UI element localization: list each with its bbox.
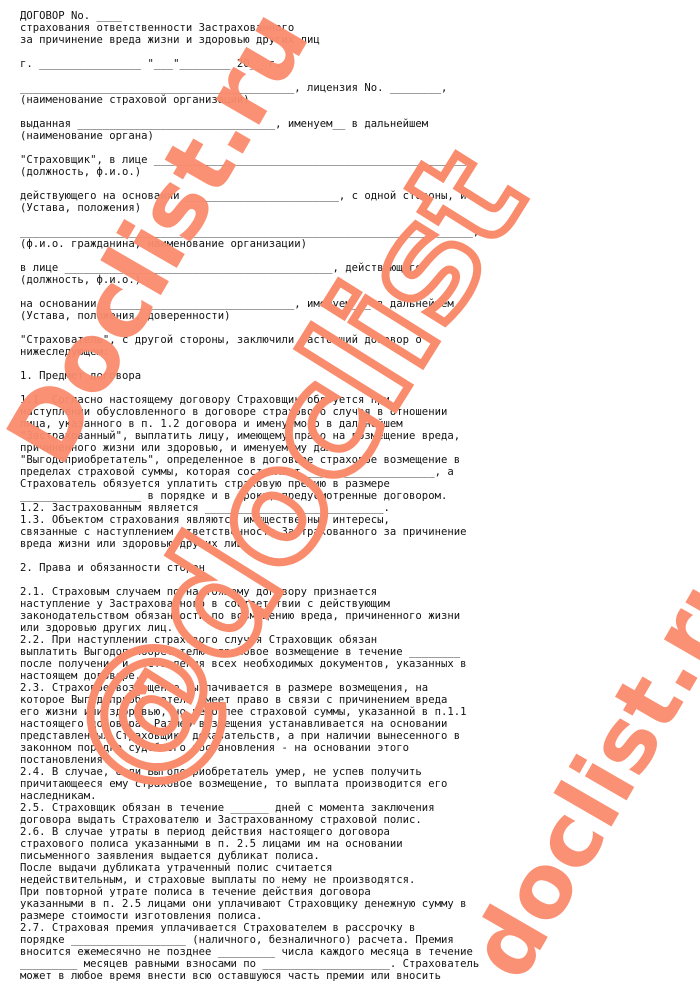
document-line: порядке __________________ (наличного, б… <box>20 934 700 946</box>
contract-document: ДОГОВОР No. ____страхования ответственно… <box>20 10 700 982</box>
document-line: которое Выгодоприобретатель имеет право … <box>20 694 700 706</box>
document-line: 2.7. Страховая премия уплачивается Страх… <box>20 922 700 934</box>
document-line: пределах страховой суммы, которая состав… <box>20 466 700 478</box>
document-line: настоящем договоре. <box>20 670 700 682</box>
document-line: 2.3. Страховое возмещение выплачивается … <box>20 682 700 694</box>
document-line: на основании ___________________________… <box>20 298 700 310</box>
document-line: размере стоимости изготовления полиса. <box>20 910 700 922</box>
document-line: 1. Предмет договора <box>20 370 700 382</box>
document-line: причитающееся ему страховое возмещение, … <box>20 778 700 790</box>
document-line: "Страхователь", с другой стороны, заключ… <box>20 334 700 346</box>
document-line: наступление у Застрахованного в соответс… <box>20 598 700 610</box>
document-line: (должность, ф.и.о.) <box>20 166 700 178</box>
blank-line <box>20 106 700 118</box>
blank-line <box>20 178 700 190</box>
document-line: вреда жизни или здоровью других лиц. <box>20 538 700 550</box>
document-line: (должность, ф.и.о.) <box>20 274 700 286</box>
document-line: 2. Права и обязанности сторон <box>20 562 700 574</box>
blank-line <box>20 46 700 58</box>
document-line: При повторной утрате полиса в течение де… <box>20 886 700 898</box>
document-line: нижеследующем: <box>20 346 700 358</box>
document-line: 1.3. Объектом страхования являются имуще… <box>20 514 700 526</box>
document-line: действующего на основании ______________… <box>20 190 700 202</box>
document-line: недействительным, и страховые выплаты по… <box>20 874 700 886</box>
document-line: ________________________________________… <box>20 82 700 94</box>
document-line: страхового полиса указанными в п. 2.5 ли… <box>20 838 700 850</box>
document-line: 2.1. Страховым случаем по настоящему дог… <box>20 586 700 598</box>
document-line: г. ________________ "___"________ 20__ г… <box>20 58 700 70</box>
document-line: выплатить Выгодоприобретателю страховое … <box>20 646 700 658</box>
document-line: "Страховщик", в лице ___________________… <box>20 154 700 166</box>
document-line: ________________________________________… <box>20 226 700 238</box>
document-line: письменного заявления выдается дубликат … <box>20 850 700 862</box>
document-line: постановления. <box>20 754 700 766</box>
document-line: за причинение вреда жизни и здоровью дру… <box>20 34 700 46</box>
document-line: настоящего договора. Размер возмещения у… <box>20 718 700 730</box>
blank-line <box>20 250 700 262</box>
document-line: (Устава, положения) <box>20 202 700 214</box>
blank-line <box>20 550 700 562</box>
blank-line <box>20 382 700 394</box>
blank-line <box>20 214 700 226</box>
document-line: "Выгодоприобретатель", определенное в до… <box>20 454 700 466</box>
document-line: причиненного жизни или здоровью, и имену… <box>20 442 700 454</box>
document-line: 2.6. В случае утраты в период действия н… <box>20 826 700 838</box>
document-line: После выдачи дубликата утраченный полис … <box>20 862 700 874</box>
document-line: законном порядке судебного постановления… <box>20 742 700 754</box>
document-line: _________ месяцев равными взносами по __… <box>20 958 700 970</box>
blank-line <box>20 358 700 370</box>
blank-line <box>20 574 700 586</box>
document-line: (наименование органа) <box>20 130 700 142</box>
document-line: ___________________ в порядке и в сроки,… <box>20 490 700 502</box>
document-line: наступлении обусловленного в договоре ст… <box>20 406 700 418</box>
document-line: законодательством обязанности по возмеще… <box>20 610 700 622</box>
document-line: после получения и составления всех необх… <box>20 658 700 670</box>
document-line: может в любое время внести всю оставшуюс… <box>20 970 700 982</box>
document-line: выданная _______________________________… <box>20 118 700 130</box>
document-line: Страхователь обязуется уплатить страхову… <box>20 478 700 490</box>
document-line: (наименование страховой организации) <box>20 94 700 106</box>
document-line: "Застрахованный", выплатить лицу, имеюще… <box>20 430 700 442</box>
blank-line <box>20 322 700 334</box>
document-line: вносится ежемесячно не позднее _________… <box>20 946 700 958</box>
document-line: страхования ответственности Застрахованн… <box>20 22 700 34</box>
blank-line <box>20 286 700 298</box>
document-line: (Устава, положения, доверенности) <box>20 310 700 322</box>
document-line: 1.2. Застрахованным является ___________… <box>20 502 700 514</box>
document-line: связанные с наступлением ответственности… <box>20 526 700 538</box>
document-line: 2.5. Страховщик обязан в течение ______ … <box>20 802 700 814</box>
document-line: в лице _________________________________… <box>20 262 700 274</box>
document-line: (ф.и.о. гражданина, наименование организ… <box>20 238 700 250</box>
document-line: договора выдать Страхователю и Застрахов… <box>20 814 700 826</box>
document-line: ДОГОВОР No. ____ <box>20 10 700 22</box>
document-line: лица, указанного в п. 1.2 договора и име… <box>20 418 700 430</box>
document-line: или здоровью других лиц. <box>20 622 700 634</box>
document-line: 1.1. Согласно настоящему договору Страхо… <box>20 394 700 406</box>
blank-line <box>20 70 700 82</box>
document-line: 2.4. В случае, если Выгодоприобретатель … <box>20 766 700 778</box>
document-line: 2.2. При наступлении страхового случая С… <box>20 634 700 646</box>
document-line: указанными в п. 2.5 лицами они уплачиваю… <box>20 898 700 910</box>
document-line: его жизни или здоровью, но не более стра… <box>20 706 700 718</box>
blank-line <box>20 142 700 154</box>
document-line: представленных Страховщику доказательств… <box>20 730 700 742</box>
document-line: наследникам. <box>20 790 700 802</box>
